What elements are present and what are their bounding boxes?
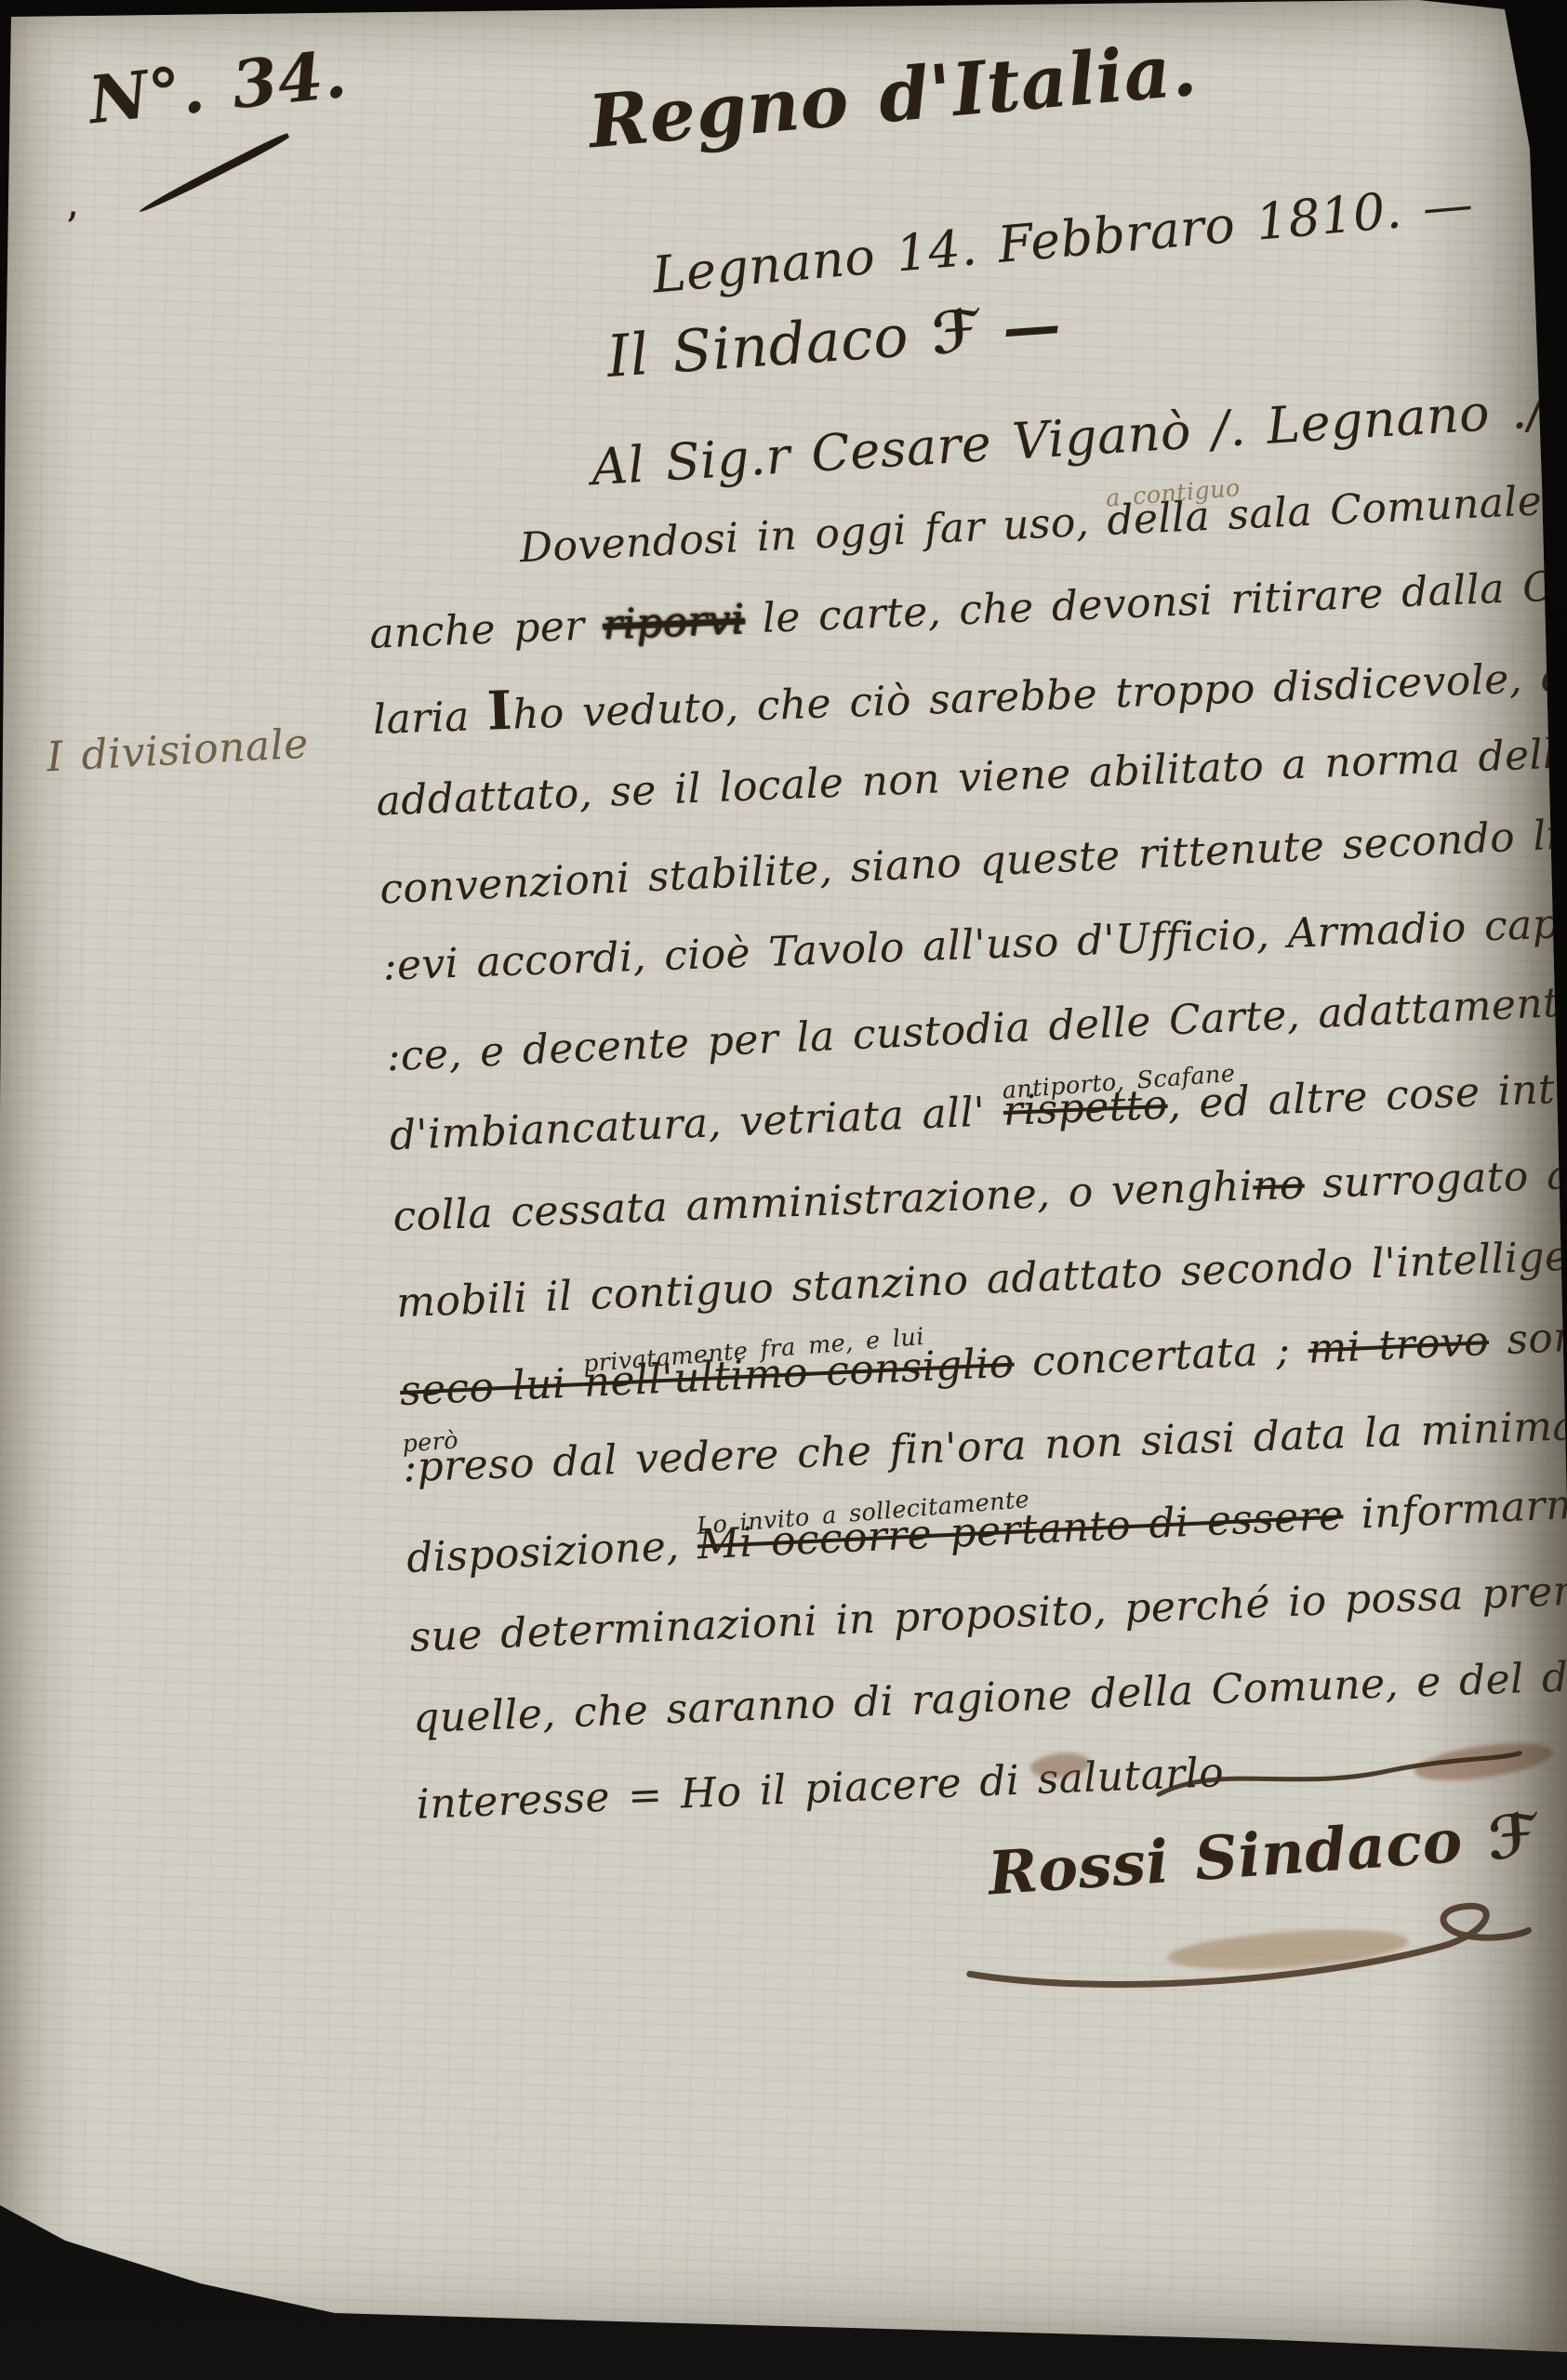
handwritten-text: anche per xyxy=(368,602,604,658)
handwritten-text: laria xyxy=(372,693,488,744)
struck-text: riporvi xyxy=(602,596,745,649)
interlinear-insertion: a contiguo xyxy=(1103,446,1244,540)
struck-text: mi trovo xyxy=(1307,1317,1490,1373)
handwritten-text: sor xyxy=(1488,1314,1567,1365)
margin-note: I divisionale xyxy=(46,721,310,782)
handwritten-text: concertata ; xyxy=(1013,1326,1308,1387)
signature-paraph-icon: ℱ xyxy=(1486,1802,1539,1873)
letter-body: Dovendosi in oggi far uso, a contiguodel… xyxy=(365,461,1567,1846)
handwritten-text: informarmi delle xyxy=(1342,1474,1567,1540)
interlinear-insertion: però xyxy=(399,1398,461,1486)
handwritten-text: Dovendosi in oggi far uso, xyxy=(519,497,1109,572)
handwritten-text: interesse = Ho il piacere di salutarlo xyxy=(416,1749,1225,1829)
insertion-caret-mark: I xyxy=(486,680,514,743)
header-dateline: Legnano 14. Febbraro 1810. — xyxy=(650,175,1476,305)
struck-text: no xyxy=(1252,1161,1305,1210)
manuscript-paper: N°. 34. ’ Regno d'Italia. Legnano 14. Fe… xyxy=(0,0,1567,2380)
interlinear-insertion: antiporto, Scafane xyxy=(1000,1032,1239,1133)
handwritten-text: disposizione, xyxy=(405,1522,698,1582)
protocol-underline-flourish xyxy=(138,132,290,216)
handwritten-text: colla cessata amministrazione, o venghi xyxy=(392,1163,1254,1241)
protocol-number-text: N°. 34. xyxy=(85,35,350,139)
stray-ink-mark: ’ xyxy=(65,203,79,253)
handwritten-text: d'imbiancatura, vetriata all' xyxy=(389,1088,1004,1159)
header-office-text: Il Sindaco xyxy=(604,302,910,390)
header-kingdom: Regno d'Italia. xyxy=(585,28,1200,165)
paraph-flourish-icon: ℱ — xyxy=(929,291,1064,368)
signature-flourish xyxy=(956,1882,1536,2014)
header-office: Il Sindaco ℱ — xyxy=(604,291,1064,390)
photograph-backdrop: N°. 34. ’ Regno d'Italia. Legnano 14. Fe… xyxy=(0,0,1567,2380)
protocol-number: N°. 34. xyxy=(85,35,350,139)
handwritten-text: surrogato ai xyxy=(1304,1151,1567,1209)
